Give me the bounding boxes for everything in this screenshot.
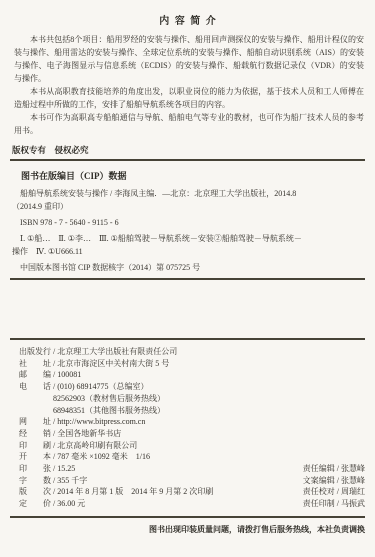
publishing-row-value: / 全国各地新华书店: [51, 429, 121, 438]
spacer: [0, 280, 375, 338]
cip-record-number: 中国版本图书馆 CIP 数据核字（2014）第 075725 号: [12, 261, 365, 274]
publishing-row-continuation: 68948351（其他图书服务热线）: [19, 405, 365, 417]
intro-paragraph-1: 本书共包括8个项目：船用罗经的安装与操作、船用回声测探仪的安装与操作、船用计程仪…: [14, 33, 364, 85]
publishing-row-label: 网 址: [19, 416, 51, 428]
publishing-row-label: 电 话: [19, 381, 51, 393]
publishing-row: 版 次/ 2014 年 8 月第 1 版 2014 年 9 月第 2 次印刷 责…: [19, 486, 365, 498]
publishing-row-value: / http://www.bitpress.com.cn: [51, 417, 145, 426]
publishing-row-value: / 北京市海淀区中关村南大街 5 号: [51, 359, 169, 368]
intro-paragraph-3: 本书可作为高职高专船舶通信与导航、船舶电气等专业的教材，也可作为船厂技术人员的参…: [14, 111, 364, 137]
intro-section: 本书共包括8个项目：船用罗经的安装与操作、船用回声测探仪的安装与操作、船用计程仪…: [0, 27, 375, 137]
publishing-row: 出版发行/ 北京理工大学出版社有限责任公司: [19, 346, 365, 358]
publishing-row: 字 数/ 355 千字 文案编辑 / 张慧峰: [19, 475, 365, 487]
staff-credit: 责任印制 / 马振武: [303, 498, 365, 510]
publishing-row-label: 经 销: [19, 428, 51, 440]
cip-isbn: ISBN 978 - 7 - 5640 - 9115 - 6: [12, 216, 365, 229]
publishing-row-label: 社 址: [19, 358, 51, 370]
publishing-row: 经 销/ 全国各地新华书店: [19, 428, 365, 440]
staff-credit: 文案编辑 / 张慧峰: [303, 475, 365, 487]
publishing-row-value: / 355 千字: [51, 476, 87, 485]
staff-credit: 责任校对 / 周瑞红: [303, 486, 365, 498]
publishing-row: 电 话/ (010) 68914775（总编室）: [19, 381, 365, 393]
publishing-row-value: 82562903（教材售后服务热线）: [51, 394, 165, 403]
publishing-row-value: / 北京理工大学出版社有限责任公司: [51, 347, 177, 356]
publishing-row-value: / 北京高岭印刷有限公司: [51, 441, 137, 450]
publishing-row: 邮 编/ 100081: [19, 369, 365, 381]
cip-entry-line-1: 船舶导航系统安装与操作 / 李海凤主编．—北京：北京理工大学出版社，2014.8: [12, 187, 365, 200]
publishing-row-label: 版 次: [19, 486, 51, 498]
publishing-row: 网 址/ http://www.bitpress.com.cn: [19, 416, 365, 428]
staff-credit: 责任编辑 / 张慧峰: [303, 463, 365, 475]
publishing-row-value: / 15.25: [51, 464, 75, 473]
publishing-row-value: / 100081: [51, 370, 81, 379]
publishing-row-label: 字 数: [19, 475, 51, 487]
publishing-row: 开 本/ 787 毫米 ×1092 毫米 1/16: [19, 451, 365, 463]
publishing-row-continuation: 82562903（教材售后服务热线）: [19, 393, 365, 405]
publishing-row: 印 张/ 15.25 责任编辑 / 张慧峰: [19, 463, 365, 475]
publishing-row-value: 68948351（其他图书服务热线）: [51, 406, 165, 415]
publishing-row-value: / 2014 年 8 月第 1 版 2014 年 9 月第 2 次印刷: [51, 487, 213, 496]
cip-heading: 图书在版编目（CIP）数据: [12, 161, 365, 187]
cip-classification-line-1: Ⅰ. ①船… Ⅱ. ①李… Ⅲ. ①船舶驾驶－导航系统－安装②船舶驾驶－导航系统…: [12, 232, 365, 245]
publishing-section: 出版发行/ 北京理工大学出版社有限责任公司 社 址/ 北京市海淀区中关村南大街 …: [0, 340, 375, 510]
intro-paragraph-2: 本书从高职教育技能培养的角度出发，以职业岗位的能力为依据，基于技术人员和工人师傅…: [14, 85, 364, 111]
intro-title: 内容简介: [0, 0, 375, 27]
publishing-row-label: 邮 编: [19, 369, 51, 381]
quality-notice: 图书出现印装质量问题，请拨打售后服务热线，本社负责调换: [0, 518, 375, 535]
publishing-row-label: 印 刷: [19, 440, 51, 452]
publishing-row-value: / (010) 68914775（总编室）: [51, 382, 149, 391]
publishing-row-label: 定 价: [19, 498, 51, 510]
publishing-row-label: 印 张: [19, 463, 51, 475]
publishing-row: 定 价/ 36.00 元 责任印制 / 马振武: [19, 498, 365, 510]
publishing-row-label: 出版发行: [19, 346, 51, 358]
copyright-notice: 版权专有 侵权必究: [0, 137, 375, 159]
cip-entry-line-2: （2014.9 重印）: [12, 200, 365, 213]
copyright-page: 内容简介 本书共包括8个项目：船用罗经的安装与操作、船用回声测探仪的安装与操作、…: [0, 0, 375, 557]
publishing-row-label: 开 本: [19, 451, 51, 463]
publishing-row: 印 刷/ 北京高岭印刷有限公司: [19, 440, 365, 452]
cip-classification-line-2: 操作 Ⅳ. ①U666.11: [12, 245, 365, 258]
publishing-row-value: / 36.00 元: [51, 499, 85, 508]
cip-section: 图书在版编目（CIP）数据 船舶导航系统安装与操作 / 李海凤主编．—北京：北京…: [0, 161, 375, 274]
publishing-row-value: / 787 毫米 ×1092 毫米 1/16: [51, 452, 150, 461]
publishing-row: 社 址/ 北京市海淀区中关村南大街 5 号: [19, 358, 365, 370]
